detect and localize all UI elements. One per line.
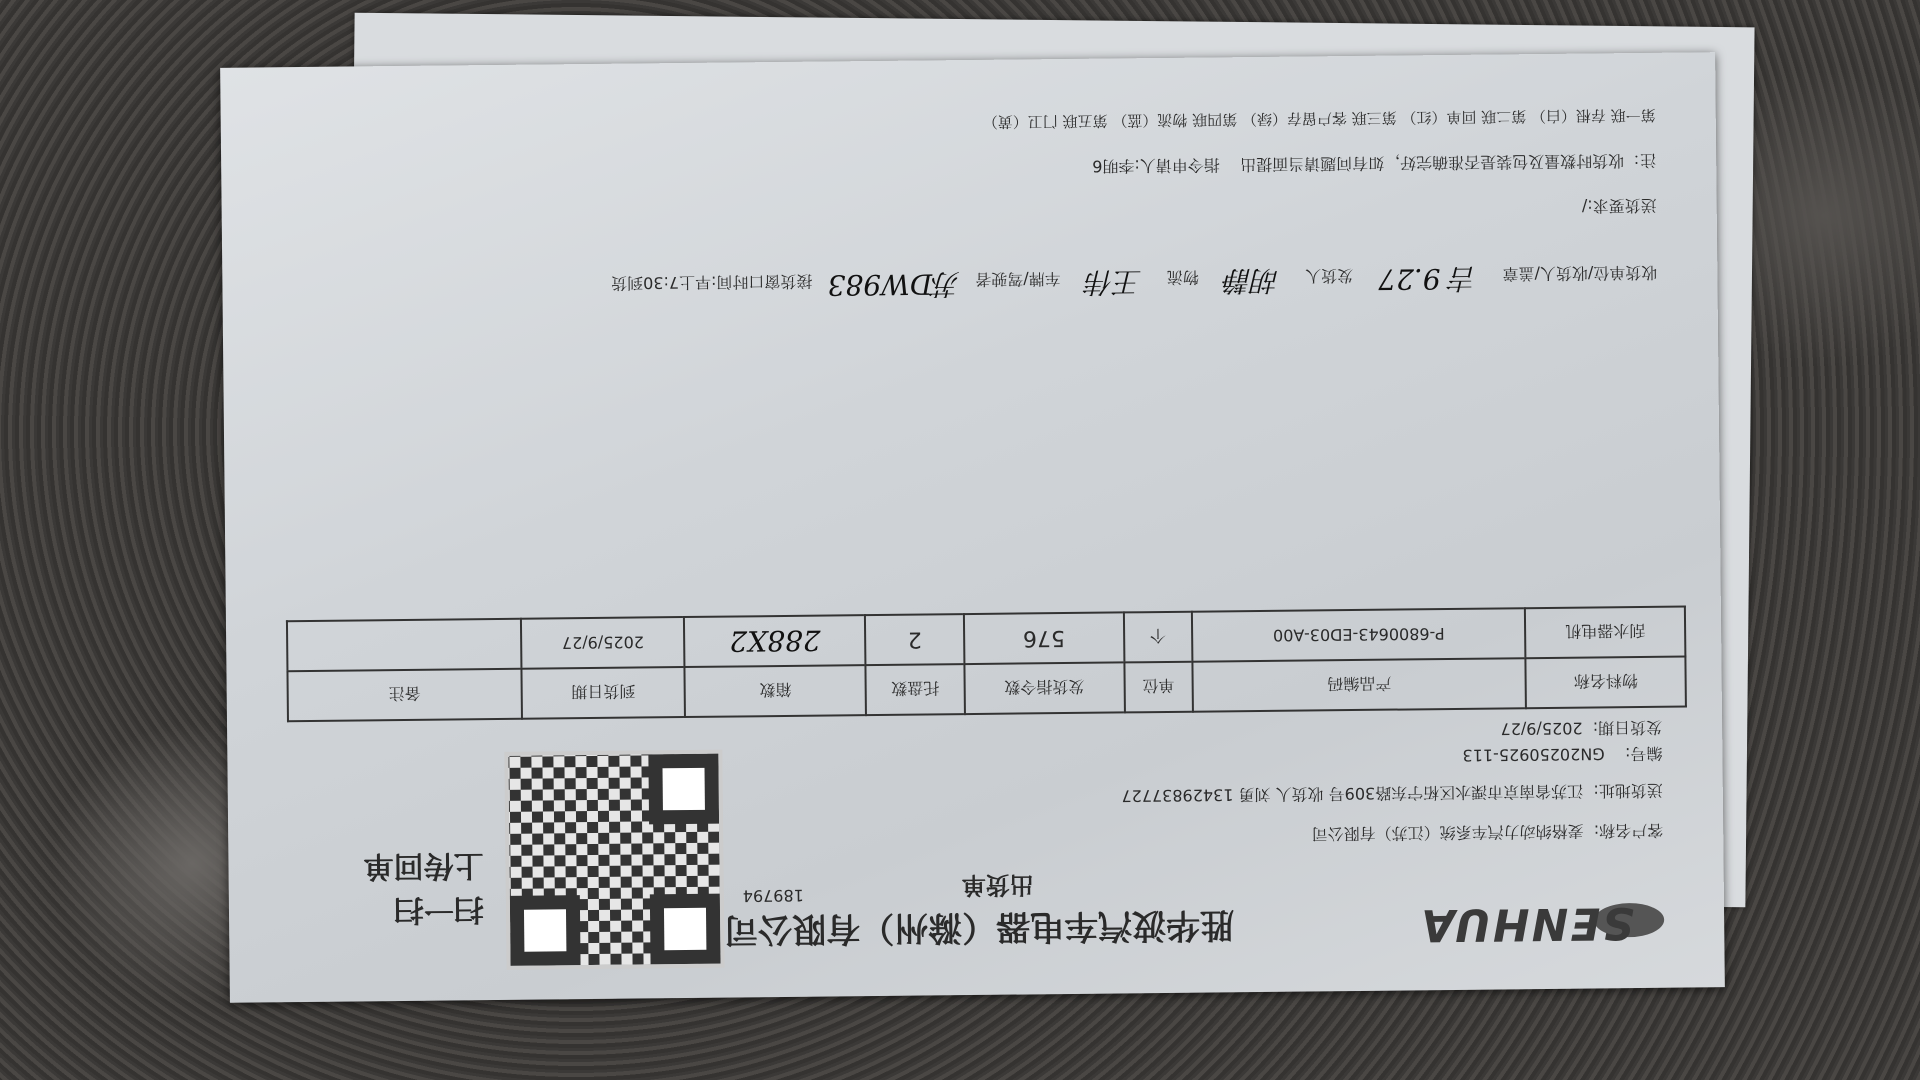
ship-date-field: 发货日期: 2025/9/27 [1500,717,1662,742]
doc-type: 出货单 [962,869,1034,905]
cell-remarks [287,619,522,671]
sheet-content: SENHUA 胜华波汽车电器（滁州）有限公司 出货单 189794 扫一扫 上传… [220,52,1725,1003]
col-header: 单位 [1124,662,1193,713]
col-header: 备注 [287,669,522,721]
signature-line: 收货单位/收货人/盖章 吉 9.27 发货人 胡静 物流 王伟 车牌/驾驶者 苏… [611,258,1658,309]
cell-boxes-handwritten: 288X2 [684,615,865,667]
delivery-note-sheet: SENHUA 胜华波汽车电器（滁州）有限公司 出货单 189794 扫一扫 上传… [220,52,1725,1003]
col-header: 发货指令数 [964,662,1124,714]
receiver-signature: 吉 9.27 [1378,262,1478,296]
cell-unit: 个 [1123,612,1192,663]
doc-number: 189794 [743,886,804,906]
col-header: 物料名称 [1526,657,1686,709]
cell-arrival-date: 2025/9/27 [521,617,685,669]
logistics-signature: 王伟 [1086,265,1142,299]
cell-material: 刮水器电机 [1525,607,1685,659]
senhua-logo: SENHUA [1419,897,1665,951]
col-header: 产品编码 [1192,658,1526,711]
cell-product-code: P-6800643-ED03-A00 [1192,608,1526,661]
address-field: 送货地址: 江苏省南京市溧水区柘宁东路309号 收货人 刘勇 134298377… [1121,780,1663,809]
receipt-note: 注：收货时数量及包装是否准确完好，如有问题请当面提出 指令申请人:李明6 [1092,150,1656,179]
col-header: 箱数 [685,665,866,717]
col-header: 到货日期 [521,667,685,719]
copies-legend: 第一联 存根（白） 第二联 回单（红） 第三联 客户留存（绿） 第四联 物流（蓝… [983,105,1656,133]
items-table: 物料名称 产品编码 单位 发货指令数 托盘数 箱数 到货日期 备注 刮水器电机 … [286,606,1687,723]
cell-quantity: 576 [964,612,1124,664]
serial-field: 编号: GN20250925-113 [1462,743,1662,768]
company-title: 胜华波汽车电器（滁州）有限公司 [724,903,1234,957]
cell-pallets: 2 [865,614,964,665]
customer-field: 客户名称: 麦格纳动力汽车系统（江苏）有限公司 [1312,820,1664,847]
qr-caption: 扫一扫 上传回单 [363,842,484,931]
qr-code[interactable] [504,750,724,970]
plate-handwritten: 苏DW983 [827,267,960,301]
col-header: 托盘数 [866,664,965,715]
shipper-signature: 胡静 [1224,264,1280,298]
delivery-requirement: 送货要求:/ [1582,195,1657,219]
